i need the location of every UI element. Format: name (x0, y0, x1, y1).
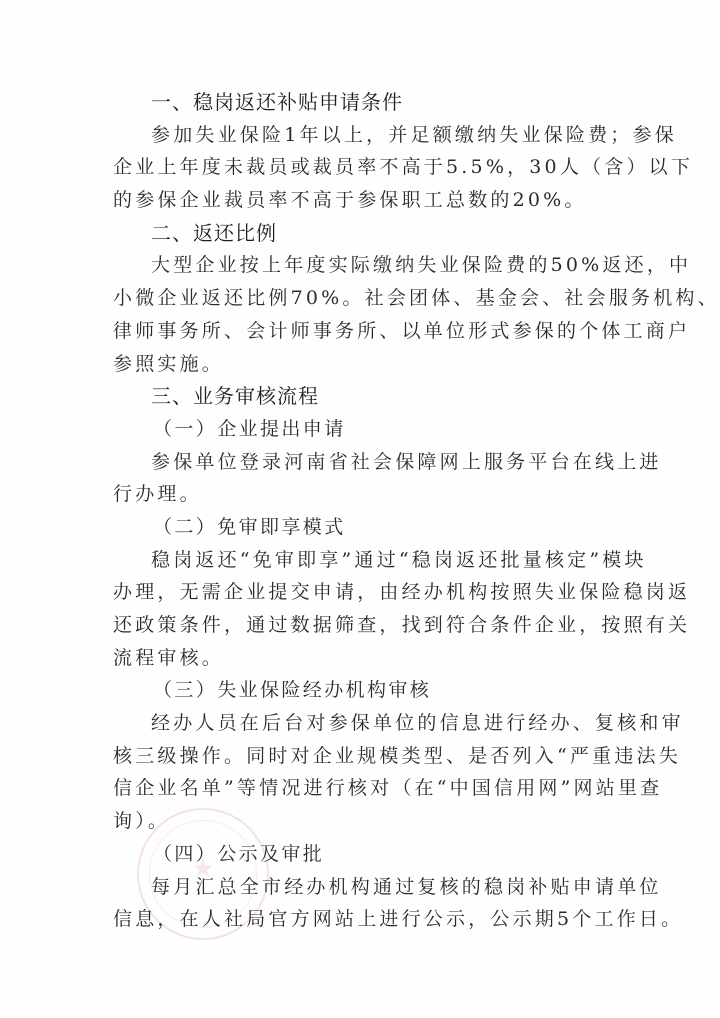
paragraph-line: 还政策条件，通过数据筛查，找到符合条件企业，按照有关 (113, 609, 611, 642)
paragraph-line: 询）。 (113, 805, 611, 838)
document-body: 一、稳岗返还补贴申请条件 参加失业保险1年以上，并足额缴纳失业保险费；参保 企业… (113, 86, 611, 936)
paragraph-line: 参照实施。 (113, 348, 611, 381)
paragraph-line: 信企业名单”等情况进行核对（在“中国信用网”网站里查 (113, 772, 611, 805)
paragraph-line: 企业上年度未裁员或裁员率不高于5.5%，30人（含）以下 (113, 151, 611, 184)
paragraph-line: 经办人员在后台对参保单位的信息进行经办、复核和审 (113, 707, 611, 740)
paragraph-line: 稳岗返还“免审即享”通过“稳岗返还批量核定”模块 (113, 544, 611, 577)
section-heading-1: 一、稳岗返还补贴申请条件 (113, 86, 611, 119)
paragraph-line: 参加失业保险1年以上，并足额缴纳失业保险费；参保 (113, 119, 611, 152)
document-page: ★ 一、稳岗返还补贴申请条件 参加失业保险1年以上，并足额缴纳失业保险费；参保 … (0, 0, 720, 1018)
section-heading-3: 三、业务审核流程 (113, 380, 611, 413)
paragraph-line: 行办理。 (113, 478, 611, 511)
subsection-heading-1: （一）企业提出申请 (113, 413, 611, 446)
section-heading-2: 二、返还比例 (113, 217, 611, 250)
paragraph-line: 大型企业按上年度实际缴纳失业保险费的50%返还，中 (113, 249, 611, 282)
paragraph-line: 参保单位登录河南省社会保障网上服务平台在线上进 (113, 446, 611, 479)
subsection-heading-4: （四）公示及审批 (113, 838, 611, 871)
subsection-heading-3: （三）失业保险经办机构审核 (113, 674, 611, 707)
paragraph-line: 的参保企业裁员率不高于参保职工总数的20%。 (113, 184, 611, 217)
paragraph-line: 信息，在人社局官方网站上进行公示，公示期5个工作日。 (113, 903, 611, 936)
paragraph-line: 律师事务所、会计师事务所、以单位形式参保的个体工商户 (113, 315, 611, 348)
paragraph-line: 核三级操作。同时对企业规模类型、是否列入“严重违法失 (113, 740, 611, 773)
paragraph-line: 办理，无需企业提交申请，由经办机构按照失业保险稳岗返 (113, 576, 611, 609)
paragraph-line: 流程审核。 (113, 642, 611, 675)
subsection-heading-2: （二）免审即享模式 (113, 511, 611, 544)
paragraph-line: 每月汇总全市经办机构通过复核的稳岗补贴申请单位 (113, 871, 611, 904)
paragraph-line: 小微企业返还比例70%。社会团体、基金会、社会服务机构、 (113, 282, 611, 315)
